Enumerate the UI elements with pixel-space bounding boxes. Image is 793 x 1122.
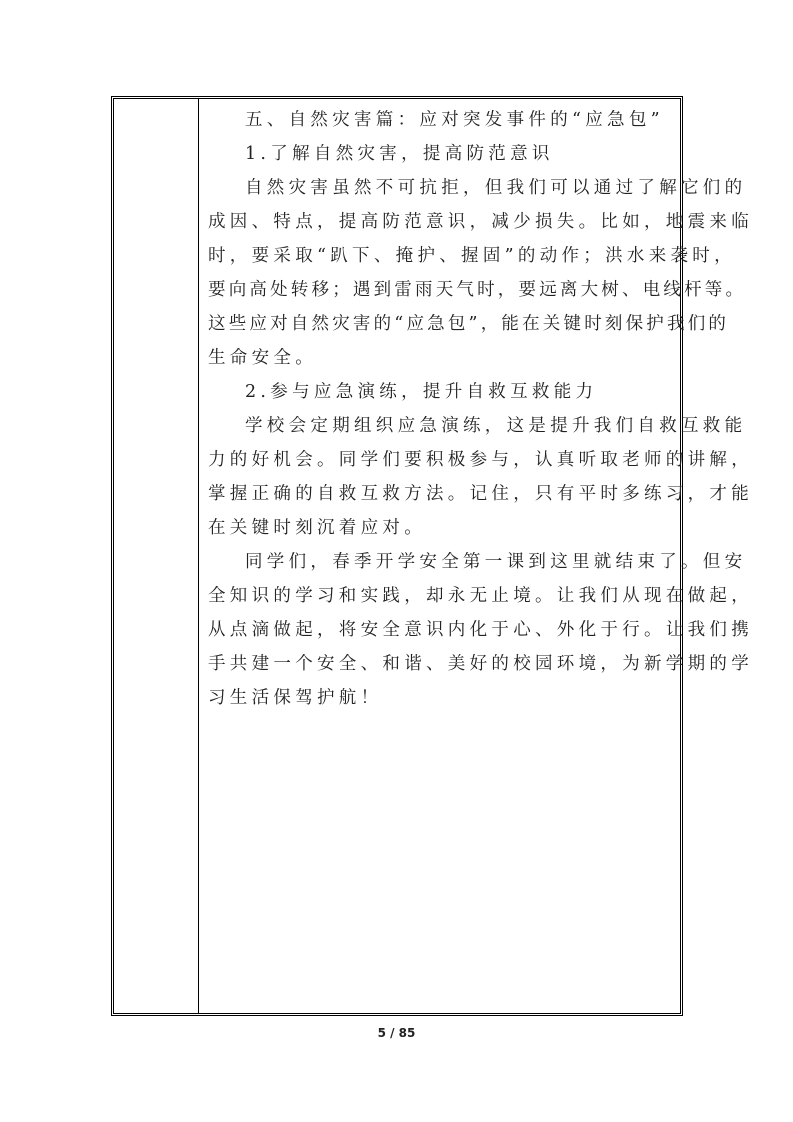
- paragraph-line: 掌握正确的自救互救方法。记住，只有平时多练习，才能: [208, 477, 674, 511]
- subsection-2-title: 2.参与应急演练，提升自救互救能力: [208, 375, 674, 409]
- paragraph-line: 生命安全。: [208, 341, 674, 375]
- column-divider: [198, 99, 199, 1013]
- paragraph-line: 从点滴做起，将安全意识内化于心、外化于行。让我们携: [208, 613, 674, 647]
- subsection-1-title: 1.了解自然灾害，提高防范意识: [208, 137, 674, 171]
- content-table: 五、自然灾害篇：应对突发事件的“应急包” 1.了解自然灾害，提高防范意识 自然灾…: [111, 96, 683, 1016]
- paragraph-line: 全知识的学习和实践，却永无止境。让我们从现在做起，: [208, 579, 674, 613]
- section-title: 五、自然灾害篇：应对突发事件的“应急包”: [208, 103, 674, 137]
- paragraph-line: 同学们，春季开学安全第一课到这里就结束了。但安: [208, 545, 674, 579]
- paragraph-line: 手共建一个安全、和谐、美好的校园环境，为新学期的学: [208, 647, 674, 681]
- paragraph-line: 这些应对自然灾害的“应急包”，能在关键时刻保护我们的: [208, 307, 674, 341]
- page-number: 5 / 85: [0, 1026, 793, 1040]
- paragraph-line: 要向高处转移；遇到雷雨天气时，要远离大树、电线杆等。: [208, 273, 674, 307]
- paragraph-line: 自然灾害虽然不可抗拒，但我们可以通过了解它们的: [208, 171, 674, 205]
- paragraph-line: 在关键时刻沉着应对。: [208, 511, 674, 545]
- table-left-cell: [114, 99, 198, 1013]
- paragraph-line: 学校会定期组织应急演练，这是提升我们自救互救能: [208, 409, 674, 443]
- paragraph-line: 力的好机会。同学们要积极参与，认真听取老师的讲解，: [208, 443, 674, 477]
- paragraph-line: 时，要采取“趴下、掩护、握固”的动作；洪水来袭时，: [208, 239, 674, 273]
- paragraph-line: 成因、特点，提高防范意识，减少损失。比如，地震来临: [208, 205, 674, 239]
- table-content-cell: 五、自然灾害篇：应对突发事件的“应急包” 1.了解自然灾害，提高防范意识 自然灾…: [208, 103, 674, 715]
- paragraph-line: 习生活保驾护航！: [208, 681, 674, 715]
